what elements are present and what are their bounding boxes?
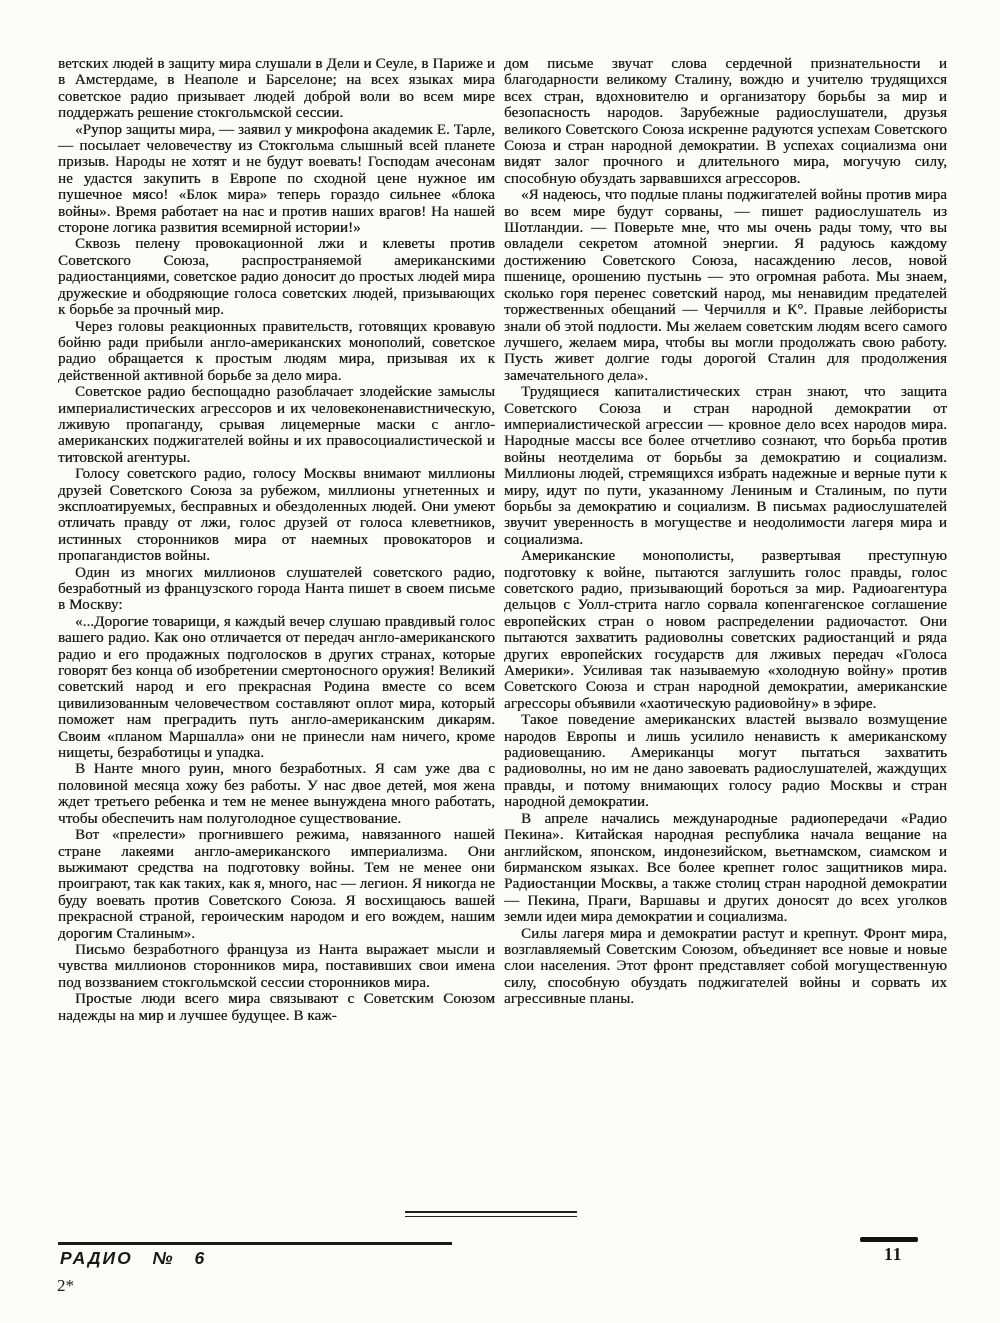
footer-rule <box>58 1242 452 1245</box>
paragraph: Один из многих миллионов слушателей сове… <box>58 565 495 614</box>
signature-mark: 2* <box>57 1276 74 1296</box>
left-column: ветских людей в защиту мира слушали в Де… <box>58 56 495 1024</box>
paragraph: ветских людей в защиту мира слушали в Де… <box>58 56 495 122</box>
paragraph: «Я надеюсь, что подлые планы поджигателе… <box>504 187 947 384</box>
right-column: дом письме звучат слова сердечной призна… <box>504 56 947 1024</box>
magazine-page: ветских людей в защиту мира слушали в Де… <box>0 0 1000 1323</box>
paragraph: В апреле начались международные радиопер… <box>504 811 947 926</box>
paragraph: Через головы реакционных правительств, г… <box>58 319 495 385</box>
paragraph: Трудящиеся капиталистических стран знают… <box>504 384 947 548</box>
paragraph: «Рупор защиты мира, — заявил у микрофона… <box>58 122 495 237</box>
article-end-separator <box>405 1211 577 1217</box>
paragraph: В Нанте много руин, много безработных. Я… <box>58 761 495 827</box>
paragraph: Голосу советского радио, голосу Москвы в… <box>58 466 495 564</box>
paragraph: Письмо безработного француза из Нанта вы… <box>58 942 495 991</box>
paragraph: Такое поведение американских властей выз… <box>504 712 947 810</box>
paragraph: Советское радио беспощадно разоблачает з… <box>58 384 495 466</box>
page-number: 11 <box>884 1244 903 1265</box>
paragraph: Американские монополисты, развертывая пр… <box>504 548 947 712</box>
article-body: ветских людей в защиту мира слушали в Де… <box>58 56 947 1024</box>
paragraph: Сквозь пелену провокационной лжи и клеве… <box>58 236 495 318</box>
journal-title: РАДИО № 6 <box>60 1248 206 1269</box>
page-number-rule <box>860 1237 918 1242</box>
paragraph: дом письме звучат слова сердечной призна… <box>504 56 947 187</box>
paragraph: Вот «прелести» прогнившего режима, навяз… <box>58 827 495 942</box>
paragraph: «...Дорогие товарищи, я каждый вечер слу… <box>58 614 495 762</box>
paragraph: Простые люди всего мира связывают с Сове… <box>58 991 495 1024</box>
paragraph: Силы лагеря мира и демократии растут и к… <box>504 926 947 1008</box>
